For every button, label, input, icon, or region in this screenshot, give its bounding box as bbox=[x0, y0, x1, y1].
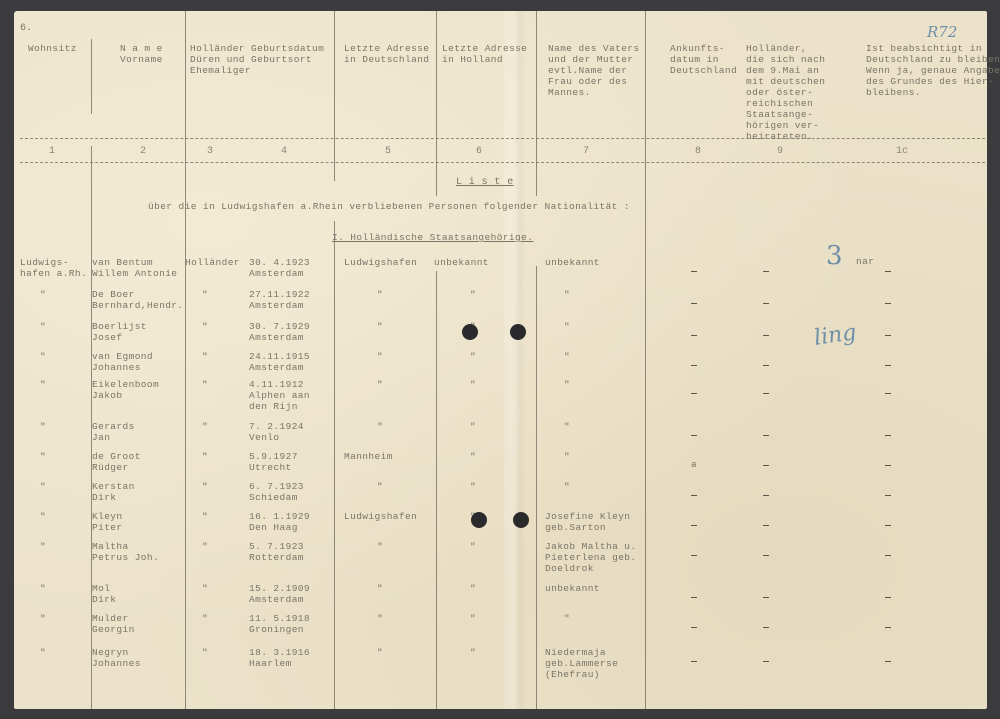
cell-c10 bbox=[885, 597, 891, 598]
cell-residence: " bbox=[40, 379, 46, 390]
cell-nat: " bbox=[202, 421, 208, 432]
header-col-6: Letzte Adresse in Holland bbox=[442, 43, 527, 65]
cell-parents: Jakob Maltha u. Pieterlena geb. Doeldrok bbox=[545, 541, 637, 574]
cell-parents: " bbox=[564, 451, 570, 462]
cell-addr-de: " bbox=[377, 613, 383, 624]
pencil-circle-suffix: nar bbox=[856, 256, 874, 267]
section-heading: I. Holländische Staatsangehörige. bbox=[332, 232, 533, 243]
cell-addr-nl: " bbox=[470, 613, 476, 624]
cell-c9 bbox=[763, 271, 769, 272]
header-col-3-4: Holländer Geburtsdatum Düren und Geburts… bbox=[190, 43, 324, 76]
col-number: 1 bbox=[49, 146, 55, 157]
cell-name: Boerlijst Josef bbox=[92, 321, 147, 343]
cell-name: Mulder Georgin bbox=[92, 613, 135, 635]
cell-residence: " bbox=[40, 613, 46, 624]
col-number: 5 bbox=[385, 146, 391, 157]
col-divider bbox=[436, 11, 437, 196]
cell-c8 bbox=[691, 435, 697, 436]
cell-birth: 24.11.1915 Amsterdam bbox=[249, 351, 310, 373]
cell-nat: Holländer bbox=[185, 257, 240, 268]
cell-birth: 18. 3.1916 Haarlem bbox=[249, 647, 310, 669]
cell-parents: " bbox=[564, 379, 570, 390]
cell-birth: 30. 4.1923 Amsterdam bbox=[249, 257, 310, 279]
cell-birth: 7. 2.1924 Venlo bbox=[249, 421, 304, 443]
cell-residence: " bbox=[40, 541, 46, 552]
col-number: 3 bbox=[207, 146, 213, 157]
cell-addr-de: Ludwigshafen bbox=[344, 257, 417, 268]
cell-c10 bbox=[885, 465, 891, 466]
cell-c10 bbox=[885, 365, 891, 366]
cell-residence: " bbox=[40, 289, 46, 300]
cell-addr-de: " bbox=[377, 421, 383, 432]
cell-addr-nl: " bbox=[470, 481, 476, 492]
col-divider bbox=[536, 11, 537, 196]
cell-birth: 5.9.1927 Utrecht bbox=[249, 451, 298, 473]
col-number: 6 bbox=[476, 146, 482, 157]
col-number: 4 bbox=[281, 146, 287, 157]
cell-c9 bbox=[763, 525, 769, 526]
header-col-8: Ankunfts- datum in Deutschland bbox=[670, 43, 737, 76]
cell-addr-nl: " bbox=[470, 379, 476, 390]
col-number: 8 bbox=[695, 146, 701, 157]
cell-name: van Bentum Willem Antonie bbox=[92, 257, 177, 279]
col-number: 1c bbox=[896, 146, 908, 157]
cell-c10 bbox=[885, 435, 891, 436]
cell-nat: " bbox=[202, 321, 208, 332]
cell-parents: " bbox=[564, 351, 570, 362]
cell-parents: unbekannt bbox=[545, 257, 600, 268]
header-rule-bottom bbox=[20, 162, 985, 163]
cell-c8 bbox=[691, 525, 697, 526]
cell-addr-de: Ludwigshafen bbox=[344, 511, 417, 522]
cell-name: Maltha Petrus Joh. bbox=[92, 541, 159, 563]
cell-parents: " bbox=[564, 481, 570, 492]
cell-parents: " bbox=[564, 289, 570, 300]
list-subtitle: über die in Ludwigshafen a.Rhein verblie… bbox=[148, 201, 630, 212]
header-col-10: Ist beabsichtigt in Deutschland zu bleib… bbox=[866, 43, 1000, 98]
cell-c10 bbox=[885, 627, 891, 628]
cell-residence: " bbox=[40, 421, 46, 432]
cell-residence: " bbox=[40, 451, 46, 462]
cell-birth: 16. 1.1929 Den Haag bbox=[249, 511, 310, 533]
cell-parents: " bbox=[564, 421, 570, 432]
cell-c10 bbox=[885, 495, 891, 496]
cell-residence: " bbox=[40, 481, 46, 492]
cell-addr-de: " bbox=[377, 379, 383, 390]
pencil-scribble: ling bbox=[812, 320, 857, 351]
cell-c9 bbox=[763, 495, 769, 496]
cell-c9 bbox=[763, 365, 769, 366]
cell-birth: 5. 7.1923 Rotterdam bbox=[249, 541, 304, 563]
cell-c8 bbox=[691, 661, 697, 662]
cell-name: Gerards Jan bbox=[92, 421, 135, 443]
cell-parents: Josefine Kleyn geb.Sarton bbox=[545, 511, 630, 533]
cell-addr-nl: " bbox=[470, 583, 476, 594]
punch-hole bbox=[462, 324, 478, 340]
cell-residence: " bbox=[40, 351, 46, 362]
cell-c8 bbox=[691, 627, 697, 628]
cell-nat: " bbox=[202, 511, 208, 522]
cell-parents: Niedermaja geb.Lammerse (Ehefrau) bbox=[545, 647, 618, 680]
cell-addr-de: Mannheim bbox=[344, 451, 393, 462]
cell-c9 bbox=[763, 303, 769, 304]
cell-birth: 30. 7.1929 Amsterdam bbox=[249, 321, 310, 343]
cell-c10 bbox=[885, 303, 891, 304]
punch-hole bbox=[471, 512, 487, 528]
cell-c9 bbox=[763, 435, 769, 436]
punch-hole bbox=[510, 324, 526, 340]
cell-birth: 15. 2.1909 Amsterdam bbox=[249, 583, 310, 605]
cell-addr-de: " bbox=[377, 647, 383, 658]
cell-nat: " bbox=[202, 613, 208, 624]
cell-parents: " bbox=[564, 613, 570, 624]
col-divider bbox=[645, 11, 646, 709]
col-divider bbox=[536, 266, 537, 709]
col-number: 7 bbox=[583, 146, 589, 157]
cell-c9 bbox=[763, 335, 769, 336]
cell-name: De Boer Bernhard,Hendr. bbox=[92, 289, 184, 311]
cell-name: Kerstan Dirk bbox=[92, 481, 135, 503]
header-col-2: N a m e Vorname bbox=[120, 43, 163, 65]
col-number: 9 bbox=[777, 146, 783, 157]
cell-addr-de: " bbox=[377, 541, 383, 552]
cell-nat: " bbox=[202, 541, 208, 552]
cell-addr-nl: unbekannt bbox=[434, 257, 489, 268]
pencil-circle-mark: 3 bbox=[826, 241, 843, 271]
cell-addr-nl: " bbox=[470, 451, 476, 462]
cell-c8 bbox=[691, 495, 697, 496]
cell-residence: Ludwigs- hafen a.Rh. bbox=[20, 257, 87, 279]
cell-c8 bbox=[691, 271, 697, 272]
col-divider bbox=[334, 11, 335, 181]
cell-nat: " bbox=[202, 481, 208, 492]
cell-addr-nl: " bbox=[470, 541, 476, 552]
cell-c8 bbox=[691, 303, 697, 304]
cell-nat: " bbox=[202, 289, 208, 300]
col-divider bbox=[91, 39, 92, 114]
cell-c9 bbox=[763, 393, 769, 394]
cell-name: Kleyn Piter bbox=[92, 511, 123, 533]
cell-addr-de: " bbox=[377, 289, 383, 300]
cell-addr-de: " bbox=[377, 481, 383, 492]
cell-residence: " bbox=[40, 583, 46, 594]
cell-c10 bbox=[885, 525, 891, 526]
cell-parents: " bbox=[564, 321, 570, 332]
cell-residence: " bbox=[40, 511, 46, 522]
cell-c9 bbox=[763, 627, 769, 628]
cell-addr-de: " bbox=[377, 321, 383, 332]
cell-c8: a bbox=[691, 459, 697, 470]
cell-parents: unbekannt bbox=[545, 583, 600, 594]
list-title: L i s t e bbox=[456, 177, 514, 188]
corner-mark: 6. bbox=[20, 23, 32, 34]
cell-c9 bbox=[763, 597, 769, 598]
cell-c9 bbox=[763, 661, 769, 662]
cell-c10 bbox=[885, 393, 891, 394]
punch-hole bbox=[513, 512, 529, 528]
cell-birth: 6. 7.1923 Schiedam bbox=[249, 481, 304, 503]
cell-addr-nl: " bbox=[470, 289, 476, 300]
cell-c10 bbox=[885, 335, 891, 336]
cell-birth: 4.11.1912 Alphen aan den Rijn bbox=[249, 379, 310, 412]
cell-name: Mol Dirk bbox=[92, 583, 116, 605]
col-divider bbox=[334, 221, 335, 709]
cell-addr-nl: " bbox=[470, 351, 476, 362]
document-page: 6. R72 Wohnsitz N a m e Vorname Hollände… bbox=[14, 11, 987, 709]
cell-c8 bbox=[691, 365, 697, 366]
col-number: 2 bbox=[140, 146, 146, 157]
header-col-5: Letzte Adresse in Deutschland bbox=[344, 43, 429, 65]
cell-name: Negryn Johannes bbox=[92, 647, 141, 669]
cell-addr-de: " bbox=[377, 583, 383, 594]
cell-nat: " bbox=[202, 451, 208, 462]
cell-nat: " bbox=[202, 647, 208, 658]
cell-nat: " bbox=[202, 351, 208, 362]
cell-c8 bbox=[691, 393, 697, 394]
cell-name: van Egmond Johannes bbox=[92, 351, 153, 373]
cell-c10 bbox=[885, 271, 891, 272]
cell-c9 bbox=[763, 555, 769, 556]
header-col-7: Name des Vaters und der Mutter evtl.Name… bbox=[548, 43, 640, 98]
cell-addr-nl: " bbox=[470, 647, 476, 658]
cell-addr-de: " bbox=[377, 351, 383, 362]
cell-c9 bbox=[763, 465, 769, 466]
cell-birth: 11. 5.1918 Groningen bbox=[249, 613, 310, 635]
cell-birth: 27.11.1922 Amsterdam bbox=[249, 289, 310, 311]
cell-nat: " bbox=[202, 379, 208, 390]
cell-c10 bbox=[885, 555, 891, 556]
cell-name: de Groot Rüdger bbox=[92, 451, 141, 473]
header-col-9: Holländer, die sich nach dem 9.Mai an mi… bbox=[746, 43, 825, 142]
col-divider bbox=[436, 271, 437, 709]
header-col-1: Wohnsitz bbox=[28, 43, 77, 54]
cell-c8 bbox=[691, 335, 697, 336]
cell-residence: " bbox=[40, 647, 46, 658]
cell-c8 bbox=[691, 597, 697, 598]
cell-c10 bbox=[885, 661, 891, 662]
archive-reference: R72 bbox=[927, 23, 957, 41]
cell-nat: " bbox=[202, 583, 208, 594]
cell-c8 bbox=[691, 555, 697, 556]
header-rule-top bbox=[20, 138, 985, 139]
cell-residence: " bbox=[40, 321, 46, 332]
cell-name: Eikelenboom Jakob bbox=[92, 379, 159, 401]
col-divider bbox=[185, 11, 186, 709]
cell-addr-nl: " bbox=[470, 421, 476, 432]
